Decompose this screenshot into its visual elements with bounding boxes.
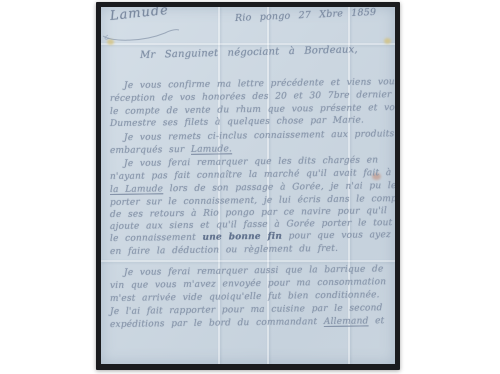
letter-paper: Lamude Rio pongo 27 Xbre 1859 Mr Sanguin… (101, 7, 395, 364)
page-background: Lamude Rio pongo 27 Xbre 1859 Mr Sanguin… (0, 0, 500, 374)
letter-line-segment: le connaissement (110, 233, 203, 244)
emphasized-phrase: une bonne fin (202, 232, 282, 243)
letter-line: expéditions par le bord du commandant Al… (110, 316, 385, 331)
letter-line-segment: et (368, 316, 384, 326)
salutation: Mr Sanguinet négociant à Bordeaux, (140, 44, 358, 61)
underlined-word: Allemand (324, 316, 369, 327)
letter-line: Dumestre ses filets à quelques chose par… (110, 115, 364, 130)
letter-photo: Lamude Rio pongo 27 Xbre 1859 Mr Sanguin… (96, 2, 400, 370)
letter-line: m'est arrivée vide quoiqu'elle fut bien … (110, 290, 380, 305)
letter-line: en faire la déduction ou règlement du fr… (110, 244, 338, 258)
letter-line-segment: lors de son passage à Gorée, je n'ai pu … (163, 181, 395, 194)
docket-ship-name: Lamude (109, 7, 169, 22)
letter-line: Je vous remets ci-inclus connaissement a… (124, 129, 395, 144)
dateline: Rio pongo 27 Xbre 1859 (235, 7, 377, 24)
underlined-word: la Lamude (110, 184, 163, 195)
letter-line-segment: expéditions par le bord du commandant (110, 317, 324, 330)
stain-spot-yellow (384, 38, 391, 44)
paper-crease (101, 260, 395, 262)
letter-line-segment: embarqués sur (110, 145, 191, 156)
docket-flourish-stroke (101, 23, 185, 45)
underlined-word: Lamude. (191, 144, 232, 155)
letter-line: embarqués sur Lamude. (110, 144, 232, 157)
letter-line-segment: pour que vous ayez à (282, 230, 395, 242)
